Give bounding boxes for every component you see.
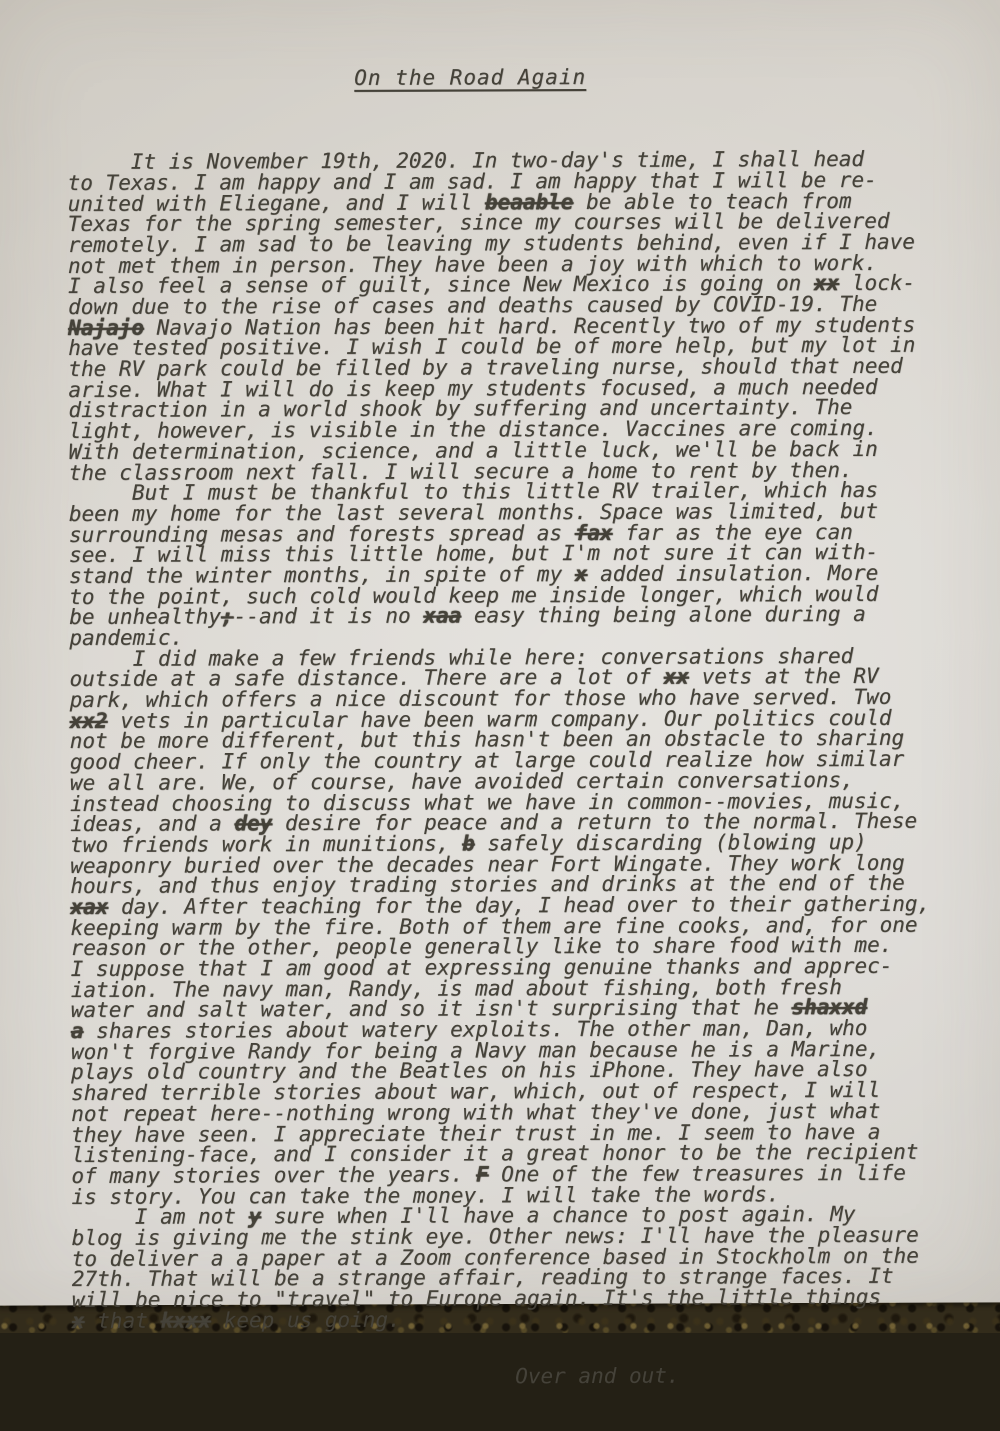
typed-text: keep us going. [211, 1307, 401, 1332]
typed-text: --and it is no [234, 604, 424, 629]
overtyped-text: xaa [423, 604, 461, 628]
text-line: be unhealthy;--and it is no xaa easy thi… [69, 604, 929, 628]
photo-of-typewritten-page: On the Road Again It is November 19th, 2… [0, 0, 1000, 1333]
typed-text: easy thing being alone during a [461, 602, 866, 628]
text-line: x that kxxx keep us going. [72, 1307, 932, 1331]
overtyped-text: ; [221, 605, 234, 629]
typed-page: On the Road Again It is November 19th, 2… [67, 25, 932, 1333]
overtyped-text: x [72, 1309, 85, 1333]
typed-text: that [85, 1308, 161, 1332]
overtyped-text: kxxx [160, 1308, 211, 1332]
typed-lines: It is November 19th, 2020. In two-day's … [67, 149, 932, 1331]
text-line: will be nice to "travel" to Europe again… [72, 1287, 932, 1311]
page-title: On the Road Again [67, 66, 873, 90]
